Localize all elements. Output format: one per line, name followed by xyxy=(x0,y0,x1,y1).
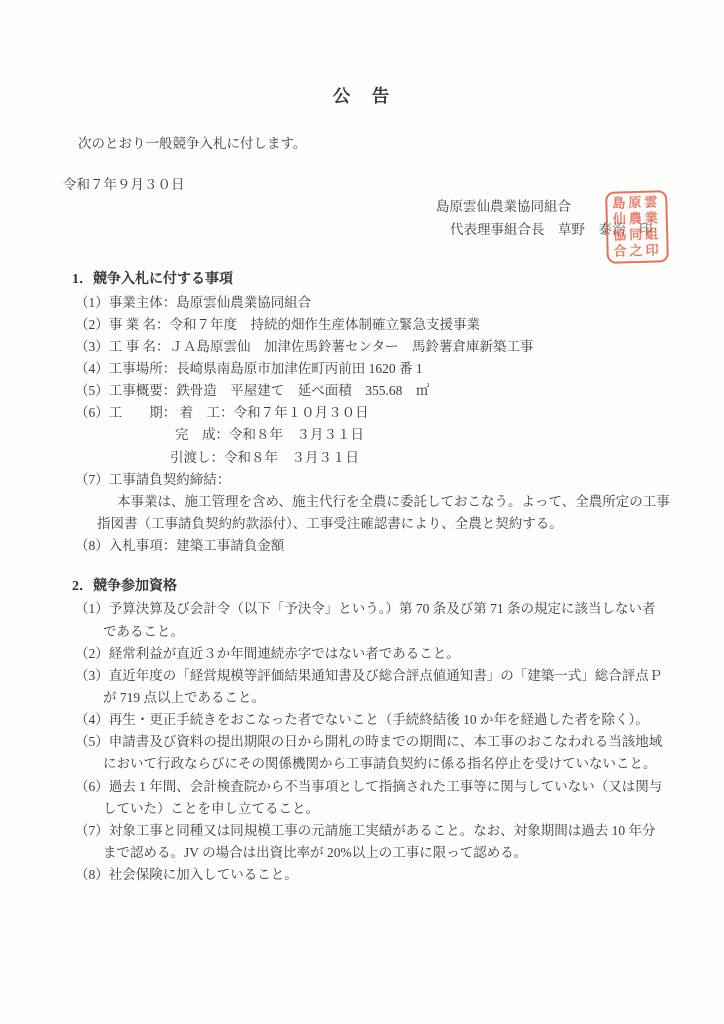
seal-text: 仙農業 xyxy=(613,210,661,227)
notice-line: であること。 xyxy=(103,621,724,643)
notice-line: （2）事 業 名：令和７年度 持続的畑作生産体制確立緊急支援事業 xyxy=(75,314,724,336)
seal-text: 合之印 xyxy=(613,242,661,259)
notice-line: （5）申請書及び資料の提出期限の日から開札の時までの期間に、本工事のおこなわれる… xyxy=(75,731,724,753)
notice-line: （7）対象工事と同種又は同規模工事の元請施工実績があること。なお、対象期間は過去… xyxy=(75,820,724,842)
notice-line: （1）予算決算及び会計令（以下「予決令」という。）第 70 条及び第 71 条の… xyxy=(75,598,724,620)
notice-line: において行政ならびにその関係機関から工事請負契約に係る指名停止を受けていないこと… xyxy=(103,753,724,775)
section2-heading: 2．競争参加資格 xyxy=(72,576,724,598)
notice-line: （7）工事請負契約締結： xyxy=(75,469,724,491)
issuer-organization: 島原雲仙農業協同組合 xyxy=(436,196,724,218)
page-title: 公 告 xyxy=(0,84,724,108)
notice-line: （3）工 事 名：ＪＡ島原雲仙 加津佐馬鈴薯センター 馬鈴薯倉庫新築工事 xyxy=(75,336,724,358)
seal-text: 島原雲 xyxy=(612,194,660,211)
notice-line: 本事業は、施工管理を含め、施主代行を全農に委託しておこなう。よって、全農所定の工… xyxy=(117,491,724,513)
notice-line: していた）ことを申し立てること。 xyxy=(103,798,724,820)
notice-line: 指図書（工事請負契約約款添付）、工事受注確認書により、全農と契約する。 xyxy=(97,513,724,535)
notice-line: （6）過去 1 年間、会計検査院から不当事項として指摘された工事等に関与していな… xyxy=(75,776,724,798)
seal-text: 協同組 xyxy=(613,226,661,243)
notice-line: が 719 点以上であること。 xyxy=(103,687,724,709)
notice-line: （6）工 期： 着 工：令和７年１０月３０日 xyxy=(75,402,724,424)
notice-line: （4）工事場所：長崎県南島原市加津佐町丙前田 1620 番 1 xyxy=(75,358,724,380)
notice-line: （4）再生・更正手続きをおこなった者でないこと（手続終結後 10 か年を経過した… xyxy=(75,709,724,731)
notice-line: まで認める。JV の場合は出資比率が 20%以上の工事に限って認める。 xyxy=(103,842,724,864)
notice-line: （5）工事概要：鉄骨造 平屋建て 延べ面積 355.68 ㎡ xyxy=(75,380,724,402)
notice-line: （3）直近年度の「経営規模等評価結果通知書及び総合評点値通知書」の「建築一式」総… xyxy=(75,665,724,687)
notice-line: （8）社会保険に加入していること。 xyxy=(75,864,724,886)
notice-line: （2）経常利益が直近３か年間連続赤字ではない者であること。 xyxy=(75,643,724,665)
notice-line: （1）事業主体：島原雲仙農業協同組合 xyxy=(75,292,724,314)
section1-body: （1）事業主体：島原雲仙農業協同組合 （2）事 業 名：令和７年度 持続的畑作生… xyxy=(0,292,724,558)
notice-line: 完 成：令和８年 ３月３１日 xyxy=(175,424,724,446)
notice-line: （8）入札事項：建築工事請負金額 xyxy=(75,535,724,557)
public-notice-document: 公 告 次のとおり一般競争入札に付します。 令和７年９月３０日 島原雲仙農業協同… xyxy=(0,0,724,1024)
intro-text: 次のとおり一般競争入札に付します。 xyxy=(78,133,724,155)
notice-line: 引渡し：令和８年 ３月３１日 xyxy=(170,447,724,469)
section2-body: （1）予算決算及び会計令（以下「予決令」という。）第 70 条及び第 71 条の… xyxy=(0,598,724,886)
section1-heading: 1．競争入札に付する事項 xyxy=(72,269,724,291)
issuer-representative: 代表理事組合長 草野 泰治 印 xyxy=(450,218,724,241)
red-seal-stamp-icon: 島原雲 仙農業 協同組 合之印 xyxy=(605,190,669,264)
